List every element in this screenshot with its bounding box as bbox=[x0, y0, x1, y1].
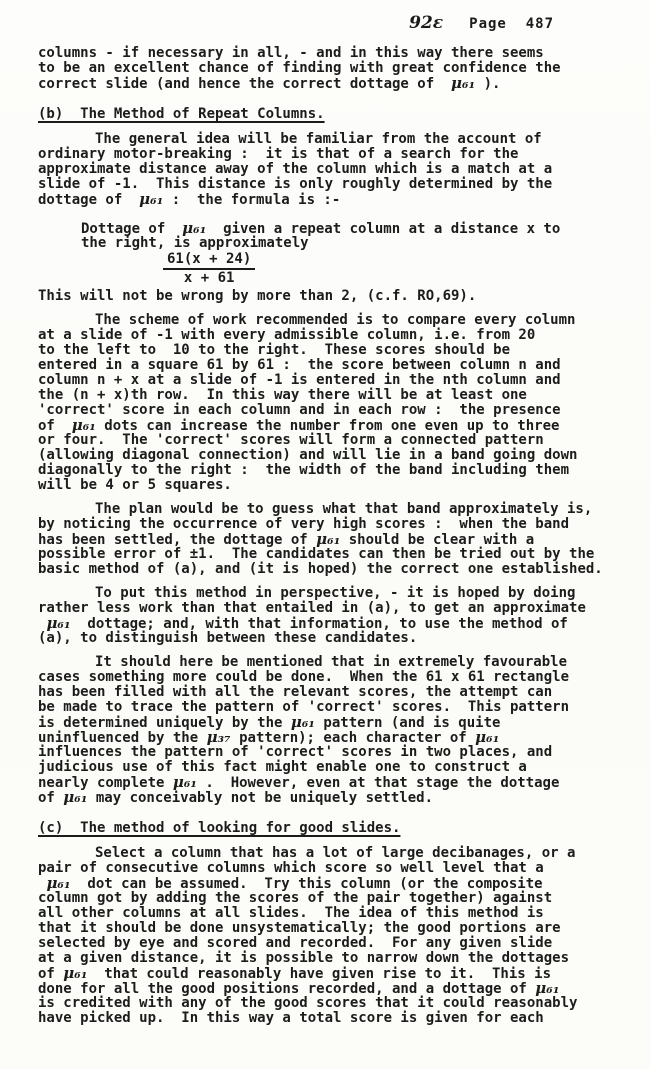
text-line: 'correct' score in each column and in ea… bbox=[38, 403, 622, 418]
scanned-page-background: { "colors": { "paper": "#fcfcfa", "ink":… bbox=[0, 0, 650, 1069]
text-line: the (n + x)th row. In this way there wil… bbox=[38, 388, 622, 403]
text-line: influences the pattern of 'correct' scor… bbox=[38, 745, 622, 760]
mu-symbol: μ₆₁ bbox=[173, 773, 197, 791]
mu-symbol: μ₆₁ bbox=[451, 74, 475, 92]
text-line: the right, is approximately bbox=[81, 236, 622, 251]
text-line: The scheme of work recommended is to com… bbox=[38, 313, 622, 328]
text-line: Select a column that has a lot of large … bbox=[38, 846, 622, 861]
text-line: μ₆₁ dot can be assumed. Try this column … bbox=[38, 876, 622, 891]
text-line: to the left to 10 to the right. These sc… bbox=[38, 343, 622, 358]
method-c-heading: (c) The method of looking for good slide… bbox=[38, 820, 400, 836]
band-guessing-paragraph-block: The plan would be to guess what that ban… bbox=[38, 502, 622, 577]
text-line: columns - if necessary in all, - and in … bbox=[38, 46, 622, 61]
page-number-label: Page 487 bbox=[469, 17, 554, 32]
text-line: have picked up. In this way a total scor… bbox=[38, 1011, 622, 1026]
method-b-heading: (b) The Method of Repeat Columns. bbox=[38, 106, 325, 122]
text-line: judicious use of this fact might enable … bbox=[38, 760, 622, 775]
method-b-heading-block: (b) The Method of Repeat Columns. bbox=[38, 107, 622, 122]
text-line: at a given distance, it is possible to n… bbox=[38, 951, 622, 966]
text-line: be made to trace the pattern of 'correct… bbox=[38, 700, 622, 715]
text-line: selected by eye and scored and recorded.… bbox=[38, 936, 622, 951]
scheme-of-work-paragraph-block: The scheme of work recommended is to com… bbox=[38, 313, 622, 493]
text-line: entered in a square 61 by 61 : the score… bbox=[38, 358, 622, 373]
text-line: It should here be mentioned that in extr… bbox=[38, 655, 622, 670]
text-line: uninfluenced by the μ₃₇ pattern); each c… bbox=[38, 730, 622, 745]
text-line: correct slide (and hence the correct dot… bbox=[38, 76, 622, 91]
text-line: of μ₆₁ may conceivably not be uniquely s… bbox=[38, 790, 622, 805]
favourable-cases-paragraph-block: It should here be mentioned that in extr… bbox=[38, 655, 622, 805]
dottage-formula-intro-block: Dottage of μ₆₁ given a repeat column at … bbox=[81, 221, 622, 251]
text-line: column n + x at a slide of -1 is entered… bbox=[38, 373, 622, 388]
text-line: diagonally to the right : the width of t… bbox=[38, 463, 622, 478]
fraction-denominator: x + 61 bbox=[163, 270, 255, 286]
text-line: The plan would be to guess what that ban… bbox=[38, 502, 622, 517]
text-line: ordinary motor-breaking : it is that of … bbox=[38, 147, 622, 162]
method-c-heading-block: (c) The method of looking for good slide… bbox=[38, 821, 622, 836]
text-line: (a), to distinguish between these candid… bbox=[38, 631, 622, 646]
document-body: columns - if necessary in all, - and in … bbox=[0, 46, 650, 1026]
text-line: or four. The 'correct' scores will form … bbox=[38, 433, 622, 448]
text-line: pair of consecutive columns which score … bbox=[38, 861, 622, 876]
fraction-numerator: 61(x + 24) bbox=[163, 252, 255, 270]
good-slides-paragraph-block: Select a column that has a lot of large … bbox=[38, 846, 622, 1026]
text-line: slide of -1. This distance is only rough… bbox=[38, 177, 622, 192]
text-line: (allowing diagonal connection) and will … bbox=[38, 448, 622, 463]
text-line: μ₆₁ dottage; and, with that information,… bbox=[38, 616, 622, 631]
formula-error-note-block: This will not be wrong by more than 2, (… bbox=[38, 289, 622, 304]
method-b-intro-paragraph-block: The general idea will be familiar from t… bbox=[38, 132, 622, 207]
text-line: possible error of ±1. The candidates can… bbox=[38, 547, 622, 562]
method-perspective-paragraph-block: To put this method in perspective, - it … bbox=[38, 586, 622, 646]
text-line: approximate distance away of the column … bbox=[38, 162, 622, 177]
text-line: at a slide of -1 with every admissible c… bbox=[38, 328, 622, 343]
text-line: cases something more could be done. When… bbox=[38, 670, 622, 685]
dottage-formula-fraction: 61(x + 24)x + 61 bbox=[163, 252, 255, 286]
text-line: to be an excellent chance of finding wit… bbox=[38, 61, 622, 76]
text-line: is determined uniquely by the μ₆₁ patter… bbox=[38, 715, 622, 730]
mu-symbol: μ₆₁ bbox=[63, 788, 87, 806]
intro-continuation-paragraph-block: columns - if necessary in all, - and in … bbox=[38, 46, 622, 91]
text-line: The general idea will be familiar from t… bbox=[38, 132, 622, 147]
mu-symbol: μ₆₁ bbox=[139, 190, 163, 208]
serial-annotation: 92ε bbox=[409, 16, 443, 31]
text-line: done for all the good positions recorded… bbox=[38, 981, 622, 996]
text-line: basic method of (a), and (it is hoped) t… bbox=[38, 562, 622, 577]
text-line: all other columns at all slides. The ide… bbox=[38, 906, 622, 921]
text-line: rather less work than that entailed in (… bbox=[38, 601, 622, 616]
mu-symbol: μ₆₁ bbox=[291, 713, 315, 731]
text-line: will be 4 or 5 squares. bbox=[38, 478, 622, 493]
text-line: nearly complete μ₆₁ . However, even at t… bbox=[38, 775, 622, 790]
text-line: has been settled, the dottage of μ₆₁ sho… bbox=[38, 532, 622, 547]
text-line: This will not be wrong by more than 2, (… bbox=[38, 289, 622, 304]
text-line: column got by adding the scores of the p… bbox=[38, 891, 622, 906]
mu-symbol: μ₆₁ bbox=[63, 964, 87, 982]
text-line: that it should be done unsystematically;… bbox=[38, 921, 622, 936]
text-line: has been filled with all the relevant sc… bbox=[38, 685, 622, 700]
text-line: To put this method in perspective, - it … bbox=[38, 586, 622, 601]
text-line: is credited with any of the good scores … bbox=[38, 996, 622, 1011]
text-line: dottage of μ₆₁ : the formula is :- bbox=[38, 192, 622, 207]
dottage-formula-fraction-block: 61(x + 24)x + 61 bbox=[163, 252, 622, 286]
text-line: Dottage of μ₆₁ given a repeat column at … bbox=[81, 221, 622, 236]
text-line: of μ₆₁ dots can increase the number from… bbox=[38, 418, 622, 433]
document-page: 92ε Page 487 columns - if necessary in a… bbox=[0, 0, 650, 1069]
page-header: 92ε Page 487 bbox=[0, 0, 650, 32]
